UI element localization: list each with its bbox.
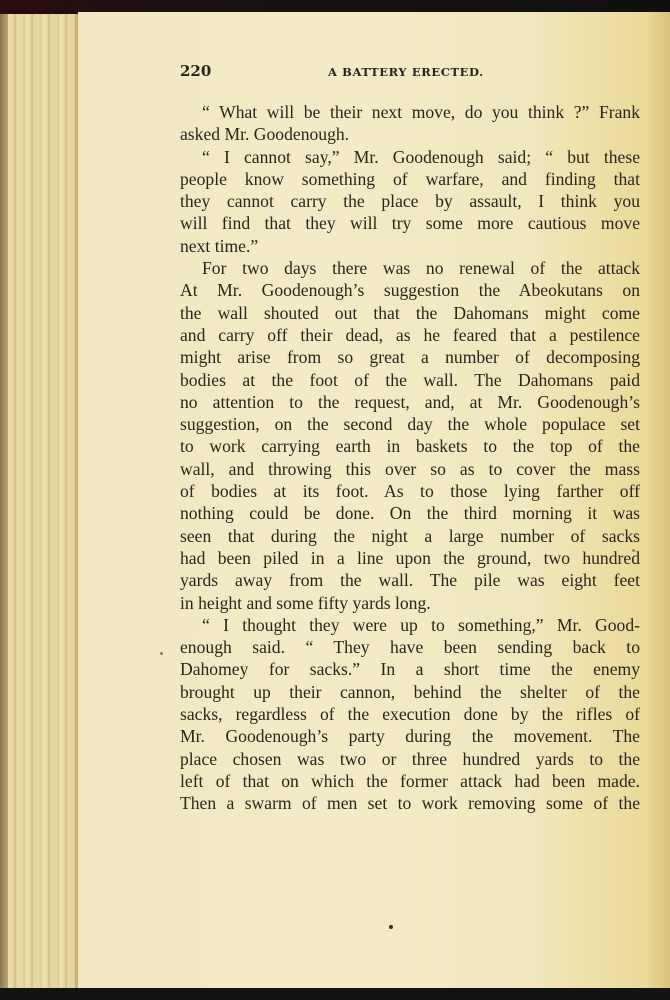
text-line: had been piled in a line upon the ground…	[180, 547, 640, 569]
text-line: they cannot carry the place by assault, …	[180, 190, 640, 212]
scan-background-bottom	[0, 988, 670, 1000]
text-line: Then a swarm of men set to work removing…	[180, 792, 640, 814]
ink-speck	[389, 925, 393, 929]
ink-speck	[160, 652, 163, 655]
text-line: of bodies at its foot. As to those lying…	[180, 480, 640, 502]
text-line: bodies at the foot of the wall. The Daho…	[180, 369, 640, 391]
text-line: the wall shouted out that the Dahomans m…	[180, 302, 640, 324]
text-line: might arise from so great a number of de…	[180, 346, 640, 368]
chapter-title: A BATTERY ERECTED.	[328, 65, 484, 79]
text-line: and carry off their dead, as he feared t…	[180, 324, 640, 346]
text-line: sacks, regardless of the execution done …	[180, 703, 640, 725]
text-line: asked Mr. Goodenough.	[180, 123, 640, 145]
text-line: people know something of warfare, and fi…	[180, 168, 640, 190]
text-line: place chosen was two or three hundred ya…	[180, 748, 640, 770]
text-line: seen that during the night a large numbe…	[180, 525, 640, 547]
text-line: “ I cannot say,” Mr. Goodenough said; “ …	[180, 146, 640, 168]
text-line: will find that they will try some more c…	[180, 212, 640, 234]
page-edges-stack	[0, 14, 78, 1000]
text-line: For two days there was no renewal of the…	[180, 257, 640, 279]
text-line: “ What will be their next move, do you t…	[180, 101, 640, 123]
running-head: 220 A BATTERY ERECTED.	[180, 62, 640, 82]
page-number: 220	[180, 62, 211, 80]
text-line: in height and some fifty yards long.	[180, 592, 640, 614]
text-line: wall, and throwing this over so as to co…	[180, 458, 640, 480]
body-text: “ What will be their next move, do you t…	[180, 101, 640, 815]
text-line: brought up their cannon, behind the shel…	[180, 681, 640, 703]
text-line: yards away from the wall. The pile was e…	[180, 569, 640, 591]
ink-speck	[632, 549, 635, 552]
text-line: “ I thought they were up to something,” …	[180, 614, 640, 636]
text-line: Dahomey for sacks.” In a short time the …	[180, 658, 640, 680]
text-line: next time.”	[180, 235, 640, 257]
text-line: enough said. “ They have been sending ba…	[180, 636, 640, 658]
scanned-book-page: 220 A BATTERY ERECTED. “ What will be th…	[0, 0, 670, 1000]
text-line: no attention to the request, and, at Mr.…	[180, 391, 640, 413]
text-line: left of that on which the former attack …	[180, 770, 640, 792]
text-line: nothing could be done. On the third morn…	[180, 502, 640, 524]
text-line: to work carrying earth in baskets to the…	[180, 435, 640, 457]
text-line: At Mr. Goodenough’s suggestion the Abeok…	[180, 279, 640, 301]
text-line: Mr. Goodenough’s party during the moveme…	[180, 725, 640, 747]
text-line: suggestion, on the second day the whole …	[180, 413, 640, 435]
